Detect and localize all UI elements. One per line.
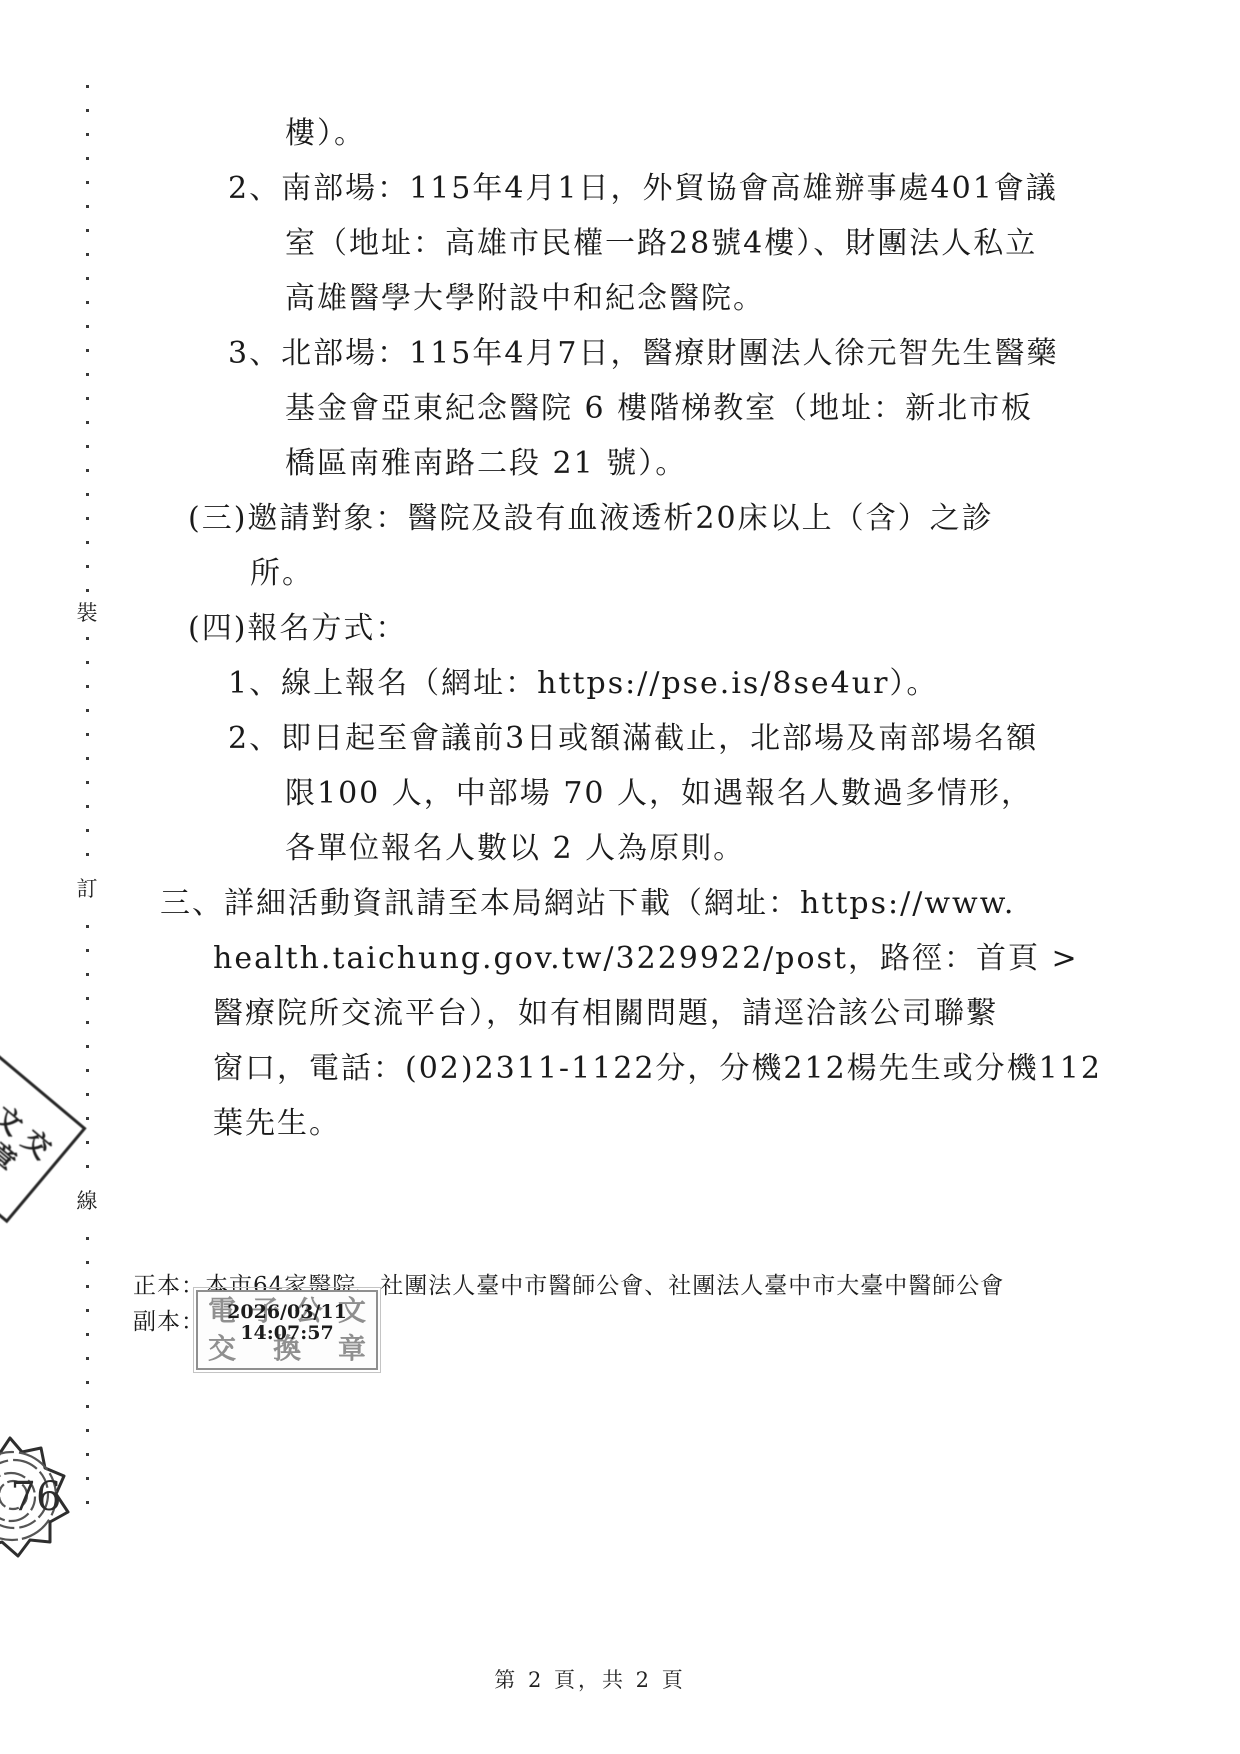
body-line: 基金會亞東紀念醫院 6 樓階梯教室（地址：新北市板 <box>0 381 1240 436</box>
body-line: 橋區南雅南路二段 21 號）。 <box>0 436 1240 491</box>
estamp-date: 2026/03/11 <box>198 1302 376 1323</box>
binding-label-xian: 線 <box>72 1182 102 1218</box>
estamp-datetime: 2026/03/11 14:07:57 <box>198 1302 376 1344</box>
body-line: 2、即日起至會議前3日或額滿截止，北部場及南部場名額 <box>0 711 1240 766</box>
body-line: 3、北部場：115年4月7日，醫療財團法人徐元智先生醫藥 <box>0 326 1240 381</box>
body-line: 所。 <box>0 546 1240 601</box>
estamp-time: 14:07:57 <box>198 1323 376 1344</box>
body-line: 葉先生。 <box>0 1096 1240 1151</box>
body-line: 高雄醫學大學附設中和紀念醫院。 <box>0 271 1240 326</box>
document-page: 裝 訂 線 公 文 交 換 章 76 樓）。2、南部場：115年4月1日，外貿協… <box>0 0 1240 1754</box>
body-line: 限100 人，中部場 70 人，如遇報名人數過多情形， <box>0 766 1240 821</box>
body-line: 1、線上報名（網址：https://pse.is/8se4ur）。 <box>0 656 1240 711</box>
body-line: 三、詳細活動資訊請至本局網站下載（網址：https://www. <box>0 876 1240 931</box>
body-text: 樓）。2、南部場：115年4月1日，外貿協會高雄辦事處401會議室（地址：高雄市… <box>0 106 1240 1151</box>
body-line: 各單位報名人數以 2 人為原則。 <box>0 821 1240 876</box>
body-line: (四)報名方式： <box>0 601 1240 656</box>
flower-page-seal: 76 <box>0 1430 78 1560</box>
page-seal-number: 76 <box>11 1474 62 1520</box>
body-line: 醫療院所交流平台），如有相關問題，請逕洽該公司聯繫 <box>0 986 1240 1041</box>
body-line: 室（地址：高雄市民權一路28號4樓）、財團法人私立 <box>0 216 1240 271</box>
electronic-exchange-stamp: 電子公文 交換章 2026/03/11 14:07:57 <box>196 1290 378 1370</box>
page-footer: 第 2 頁，共 2 頁 <box>0 1664 1180 1694</box>
body-line: (三)邀請對象：醫院及設有血液透析20床以上（含）之診 <box>0 491 1240 546</box>
body-line: 窗口，電話：(02)2311-1122分，分機212楊先生或分機112 <box>0 1041 1240 1096</box>
body-line: health.taichung.gov.tw/3229922/post，路徑：首… <box>0 931 1240 986</box>
body-line: 2、南部場：115年4月1日，外貿協會高雄辦事處401會議 <box>0 161 1240 216</box>
body-line: 樓）。 <box>0 106 1240 161</box>
